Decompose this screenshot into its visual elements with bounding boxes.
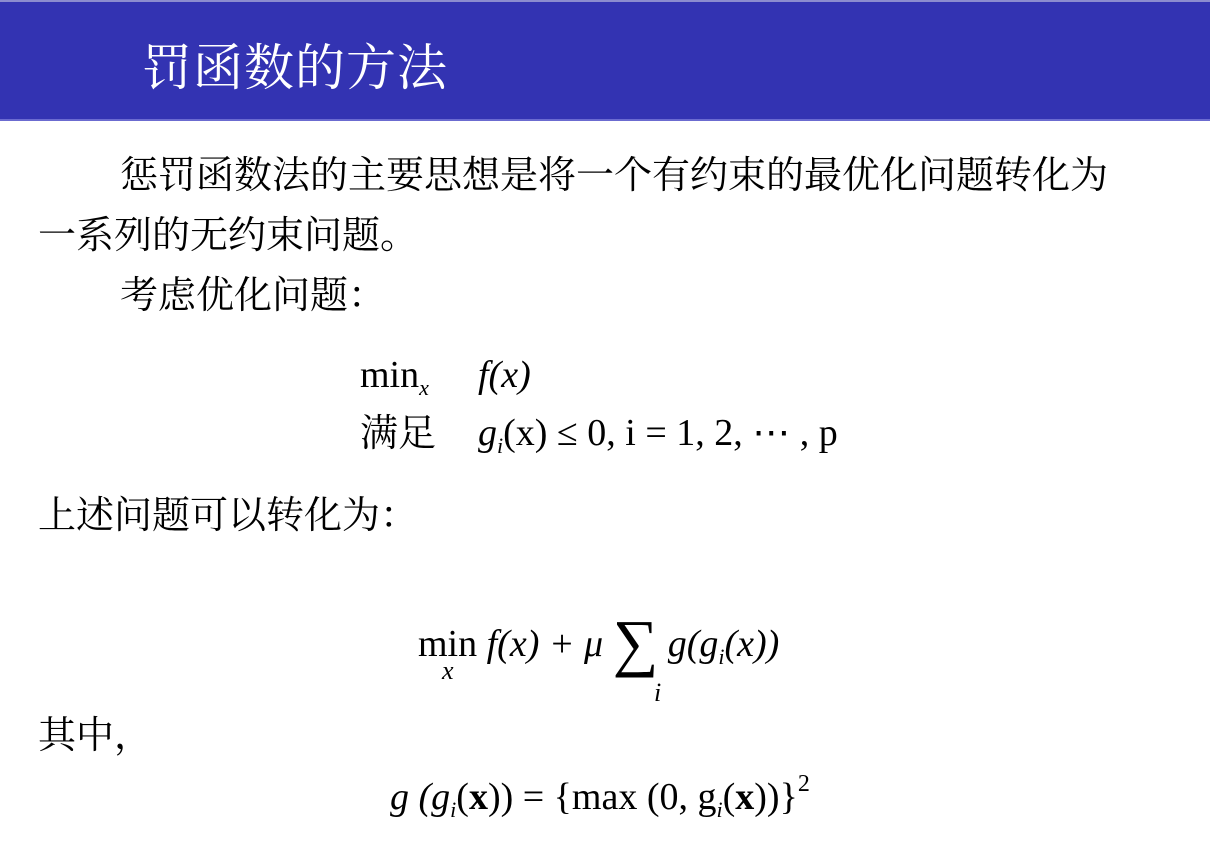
paragraph-where: 其中， — [38, 712, 152, 758]
problem-row-objective: minx f(x) — [360, 352, 429, 403]
min-operator: min — [360, 354, 419, 396]
constraint-expression: gi(x) ≤ 0, i = 1, 2, ⋯ , p — [478, 410, 838, 461]
summation-symbol: ∑ — [613, 607, 659, 678]
slide-header: 罚函数的方法 — [0, 2, 1210, 119]
paragraph-intro-line1: 惩罚函数法的主要思想是将一个有约束的最优化问题转化为 — [120, 152, 1108, 198]
penalty-term: g(gi(x)) — [668, 623, 780, 665]
sum-index: i — [654, 670, 661, 716]
objective-function: f(x) — [478, 352, 531, 398]
paragraph-intro-line2: 一系列的无约束问题。 — [38, 212, 418, 258]
header-bottom-rule — [0, 119, 1210, 121]
min-subscript: x — [419, 375, 429, 400]
penalty-definition-formula: g (gi(x)) = {max (0, gi(x))}2 — [390, 774, 810, 825]
penalty-objective-formula: min x f(x) + μ ∑ i g(gi(x)) — [418, 612, 779, 672]
min-under-variable: x — [442, 648, 454, 694]
subject-to-label: 满足 — [360, 411, 436, 455]
problem-row-constraint: 满足 gi(x) ≤ 0, i = 1, 2, ⋯ , p — [360, 410, 436, 457]
objective-term: f(x) + μ — [487, 623, 603, 665]
slide-title: 罚函数的方法 — [142, 38, 448, 98]
paragraph-transform: 上述问题可以转化为： — [38, 492, 418, 538]
paragraph-consider: 考虑优化问题： — [120, 272, 386, 318]
